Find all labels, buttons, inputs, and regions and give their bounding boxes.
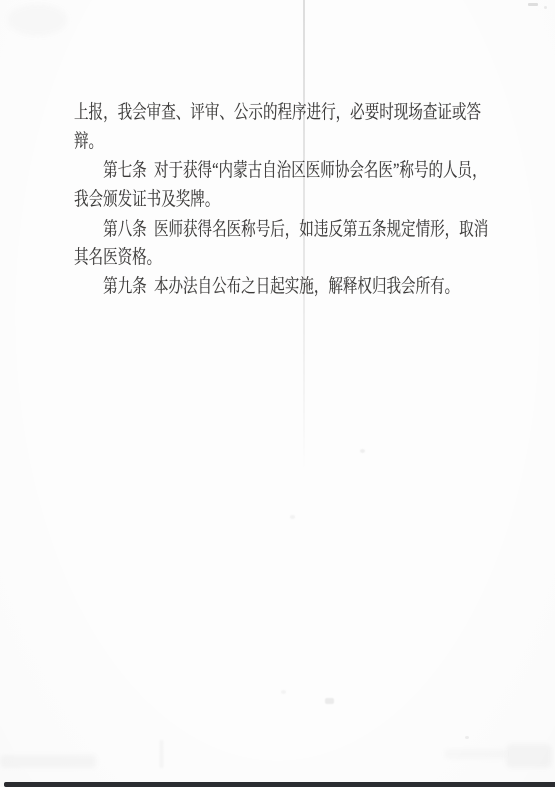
text-line-6: 其名医资格。 [74,248,161,267]
scanner-edge-bar [4,782,555,787]
text-line-1: 上报，我会审查、评审、公示的程序进行，必要时现场查证或答 [74,103,481,122]
text-line-4: 我会颁发证书及奖牌。 [74,190,219,209]
scan-smudge-bottom-right-2 [506,744,552,768]
scan-smudge-bottom-left [0,755,96,768]
document-text-block: 上报，我会审查、评审、公示的程序进行，必要时现场查证或答 辩。 第七条 对于获得… [0,0,555,360]
text-line-3-article-7: 第七条 对于获得“内蒙古自治区医师协会名医”称号的人员， [74,161,487,180]
scan-speck-mid [360,449,365,453]
scan-dot-bottom [465,736,469,739]
scan-speck-2 [290,515,295,519]
scan-streak-bottom [160,740,163,768]
text-line-7-article-9: 第九条 本办法自公布之日起实施，解释权归我会所有。 [74,277,459,296]
text-line-2: 辩。 [74,132,103,151]
scanned-page: 上报，我会审查、评审、公示的程序进行，必要时现场查证或答 辩。 第七条 对于获得… [0,0,555,787]
scan-speck-3 [281,690,286,694]
scan-smudge-bottom-right-1 [444,749,506,759]
faded-page-number-mark [325,698,334,704]
text-line-5-article-8: 第八条 医师获得名医称号后，如违反第五条规定情形，取消 [74,220,488,239]
